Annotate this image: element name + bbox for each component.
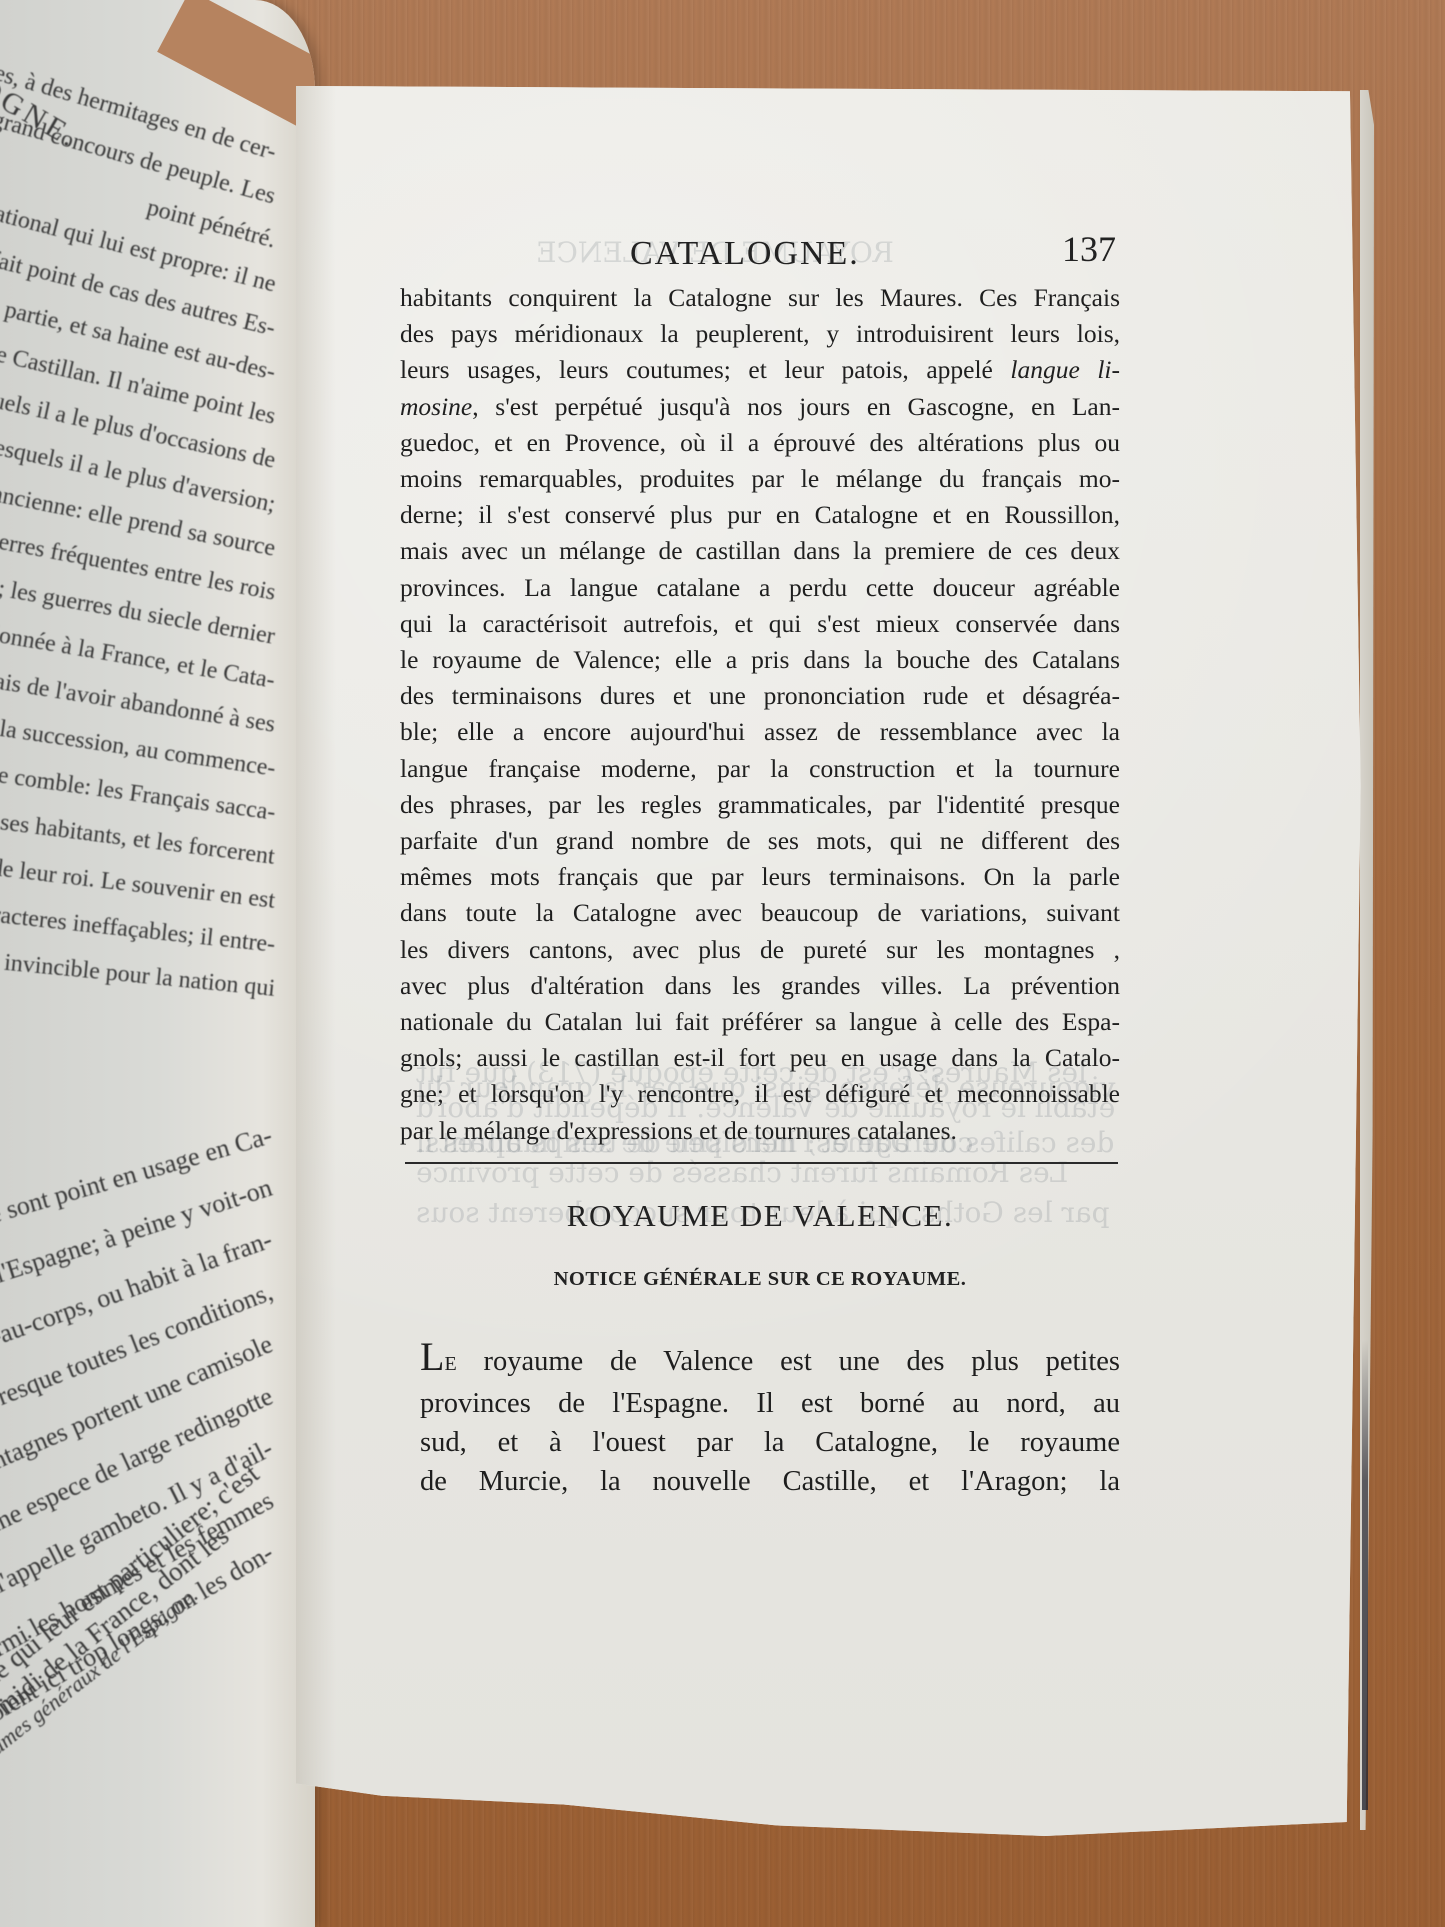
text-line: derne; il s'est conservé plus pur en Cat… <box>400 497 1120 533</box>
text-line: nationale du Catalan lui fait préférer s… <box>400 1004 1120 1040</box>
page-number: 137 <box>1062 228 1116 270</box>
text-line: parfaite d'un grand nombre de ses mots, … <box>400 823 1120 859</box>
text-line: dans toute la Catalogne avec beaucoup de… <box>400 895 1120 931</box>
verso-text-block: olées, à des hermitages en de cer-n gran… <box>0 0 315 1927</box>
small-cap: E <box>444 1353 456 1375</box>
text-line: habitants conquirent la Catalogne sur le… <box>400 280 1120 316</box>
text-line: le royaume de Valence; elle a pris dans … <box>400 642 1120 678</box>
text-line: gne; et lorsqu'on l'y rencontre, il est … <box>400 1076 1120 1112</box>
text-line: mêmes mots français que par leurs termin… <box>400 859 1120 895</box>
text-line: par le mélange d'expressions et de tourn… <box>400 1113 1120 1149</box>
text-line: provinces. La langue catalane a perdu ce… <box>400 570 1120 606</box>
intro-line: sud, et à l'ouest par la Catalogne, le r… <box>420 1423 1120 1462</box>
section-subtitle: NOTICE GÉNÉRALE SUR CE ROYAUME. <box>400 1268 1120 1291</box>
body-paragraph: habitants conquirent la Catalogne sur le… <box>400 280 1120 1149</box>
text-line: mosine, s'est perpétué jusqu'à nos jours… <box>400 389 1120 425</box>
text-line: qui la caractérisoit autrefois, et qui s… <box>400 606 1120 642</box>
text-line: ble; elle a encore aujourd'hui assez de … <box>400 714 1120 750</box>
running-head: CATALOGNE. <box>630 235 860 273</box>
text-line: guedoc, et en Provence, où il a éprouvé … <box>400 425 1120 461</box>
verso-page: LOGNE. olées, à des hermitages en de cer… <box>0 0 315 1927</box>
section-rule <box>405 1162 1118 1164</box>
intro-line: provinces de l'Espagne. Il est borné au … <box>420 1384 1120 1423</box>
text-line: mais avec un mélange de castillan dans l… <box>400 533 1120 569</box>
text-line: langue française moderne, par la constru… <box>400 751 1120 787</box>
drop-cap: L <box>420 1334 444 1379</box>
text-line: moins remarquables, produites par le mél… <box>400 461 1120 497</box>
text-line: leurs usages, leurs coutumes; et leur pa… <box>400 352 1120 388</box>
text-line: avec plus d'altération dans les grandes … <box>400 968 1120 1004</box>
gutter-shadow <box>296 86 336 1836</box>
intro-paragraph: LE royaume de Valence est une des plus p… <box>420 1342 1120 1501</box>
page-edge-shadow <box>1362 1340 1368 1810</box>
text-line: des terminaisons dures et une prononciat… <box>400 678 1120 714</box>
intro-line: LE royaume de Valence est une des plus p… <box>420 1342 1120 1384</box>
text-line: des phrases, par les regles grammaticale… <box>400 787 1120 823</box>
text-line: gnols; aussi le castillan est-il fort pe… <box>400 1040 1120 1076</box>
section-title: ROYAUME DE VALENCE. <box>400 1198 1120 1234</box>
intro-line: de Murcie, la nouvelle Castille, et l'Ar… <box>420 1462 1120 1501</box>
text-line: des pays méridionaux la peuplerent, y in… <box>400 316 1120 352</box>
show-through-line: Les Romains furent chassés de cette prov… <box>416 1156 1068 1189</box>
text-line: les divers cantons, avec plus de pureté … <box>400 932 1120 968</box>
